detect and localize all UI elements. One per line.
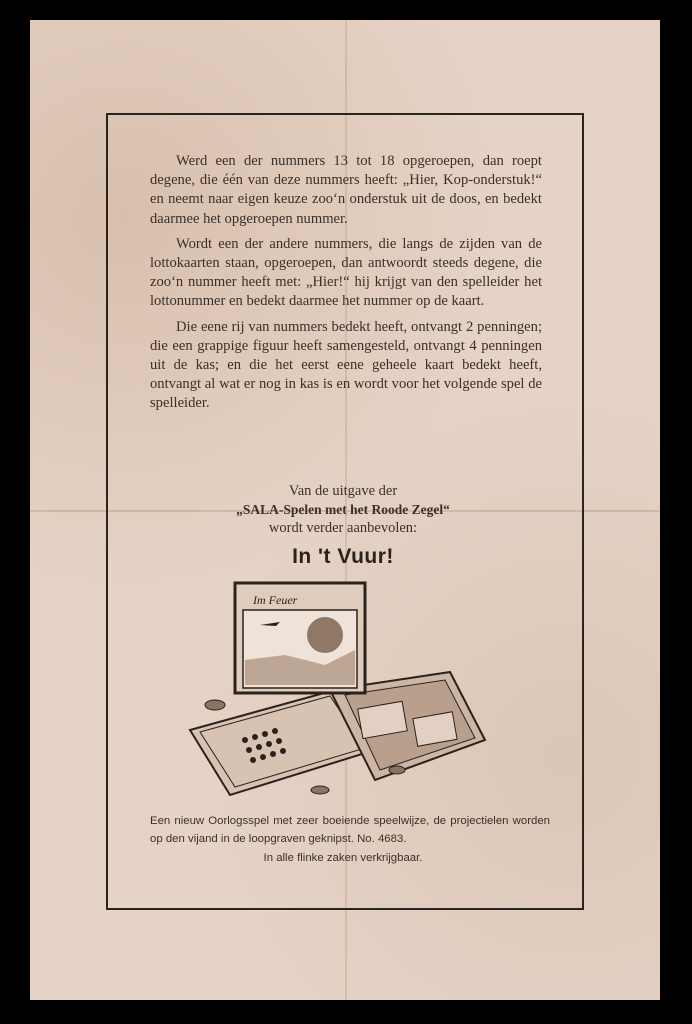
game-description: Een nieuw Oorlogsspel met zeer boeiende … bbox=[150, 812, 550, 848]
availability-note: In alle flinke zaken verkrijgbaar. bbox=[106, 852, 580, 864]
game-box-illustration: Im Feuer bbox=[185, 580, 495, 800]
paragraph-2: Wordt een der andere nummers, die langs … bbox=[150, 235, 542, 312]
advert-recommend: wordt verder aanbevolen: bbox=[106, 520, 580, 537]
paragraph-1: Werd een der nummers 13 tot 18 opgeroepe… bbox=[150, 152, 542, 229]
paragraph-3: Die eene rij van nummers bedekt heeft, o… bbox=[150, 318, 542, 414]
game-title: In 't Vuur! bbox=[106, 545, 580, 569]
publisher-name: „SALA-Spelen met het Roode Zegel“ bbox=[106, 502, 580, 518]
box-title: Im Feuer bbox=[252, 593, 298, 607]
rules-text: Werd een der nummers 13 tot 18 opgeroepe… bbox=[150, 152, 542, 420]
advert-intro: Van de uitgave der bbox=[106, 483, 580, 500]
